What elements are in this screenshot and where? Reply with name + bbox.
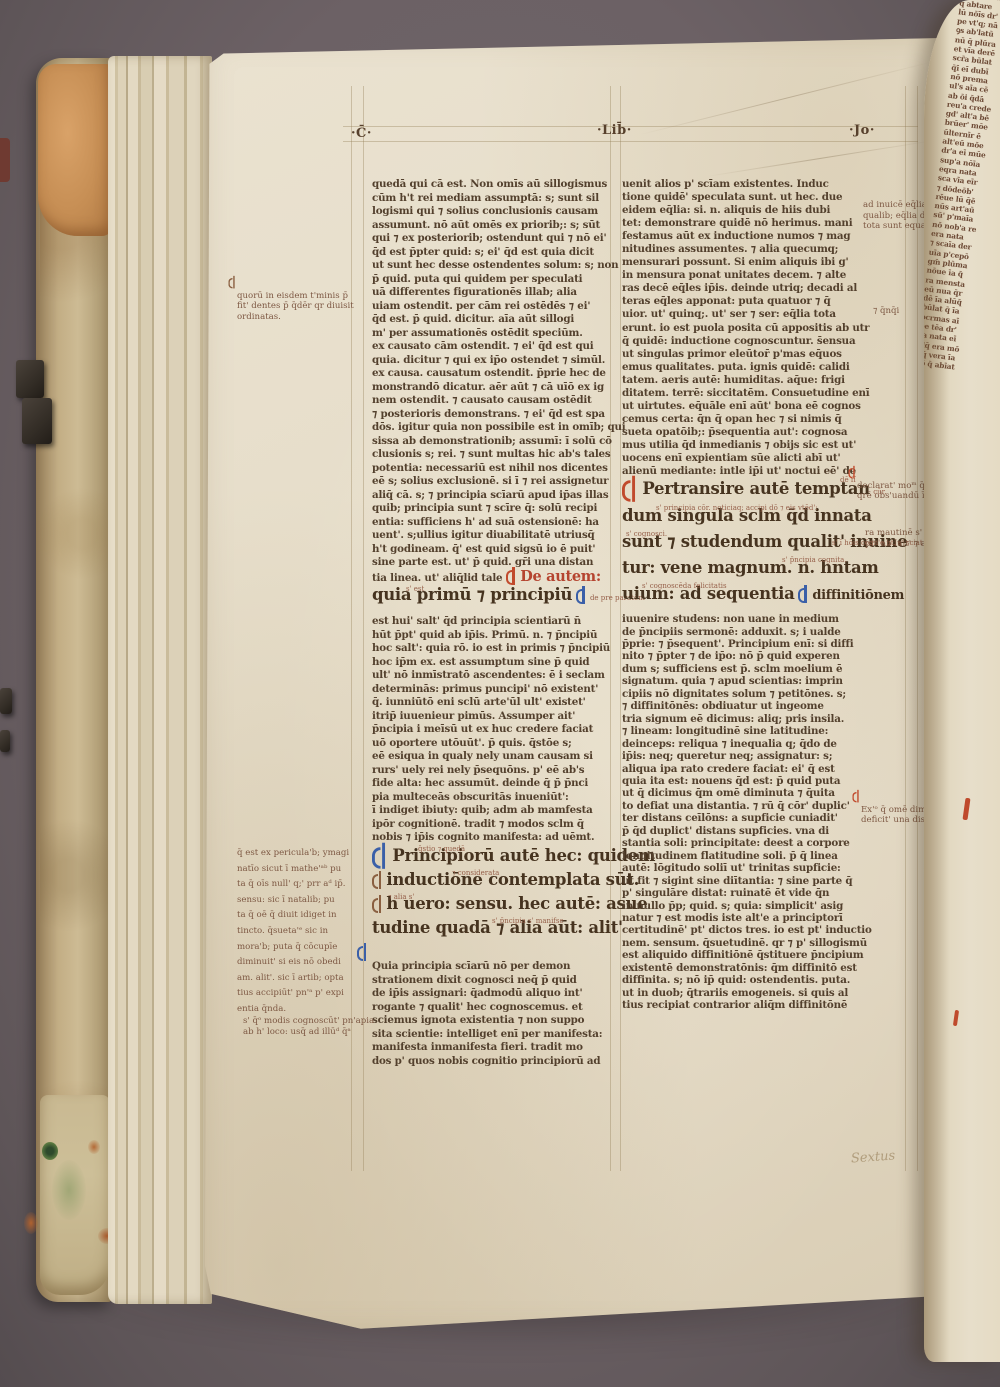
text-line: mus utilia q̄d inmedianis ⁊ obijs sic es…	[622, 439, 916, 452]
red-paraph-icon	[852, 792, 858, 801]
text-line: q̄ est ex pericula'b; ymagi	[237, 846, 349, 862]
green-stain	[42, 1142, 58, 1160]
text-line: natīo sicut ī mathe'ᵃᵇ pu	[237, 862, 349, 878]
text-line: rogante ⁊ qualit' hec cognoscemus. et	[372, 1001, 650, 1015]
interlinear-gloss: q̄stio ⁊ quedā	[418, 843, 465, 857]
text-line: q̄d est. p̄ quid. dicitur. aīa aūt sillo…	[372, 313, 650, 327]
text-line: mora'b; puta q̄ cōcupīe	[237, 940, 349, 956]
text-line: certitudinē' pt' dictos tres. io est pt'…	[622, 924, 916, 936]
text-line: ta q̄ oīs null' q;' prr aᵈ ip̄.	[237, 877, 349, 893]
text-line: rurs' uely rei nely p̄sequōns. p' eē ab'…	[372, 764, 650, 778]
margin-note-left-top: quorū in eisdem t'minis p̄fit' dentes p̄…	[237, 276, 354, 322]
text-line: signatum. quia ⁊ apud scientias: imprin	[622, 675, 916, 687]
text-line: uō oportere utōuūt'. p̄ quis. q̄stōe s;	[372, 737, 650, 751]
binding-notch	[0, 138, 10, 182]
red-paraph-icon	[506, 570, 515, 583]
ruling-line	[343, 141, 918, 142]
text-line: ut fit ⁊ sigint sine diītantia: ⁊ sine p…	[622, 875, 916, 887]
display-text: quia primū ⁊ principiū	[372, 585, 572, 604]
text-line: tius accipiūt' pn'ᵃ p' expi	[237, 986, 349, 1002]
faint-inscription: Sextus	[851, 1148, 896, 1166]
text-line: sita scientie: intelliget enī per manife…	[372, 1028, 650, 1042]
left-col-part3: Quia principia scīarū nō per demonstrati…	[372, 945, 650, 1069]
text-line: logismi qui ⁊ solius conclusionis causam	[372, 205, 650, 219]
text-line: ut in duob; q̄trariis emogeneis. si quis…	[622, 987, 916, 999]
metal-clasp-icon	[0, 730, 10, 752]
text-line: iuuenire studens: non uane in medium	[622, 613, 916, 625]
text-line: teras eq̄les apponat: puta quatuor ⁊ q̄	[622, 295, 916, 308]
left-col-part1: quedā qui cā est. Non omīs aū sillogismu…	[372, 178, 650, 570]
text-line: quib; principia sunt ⁊ scīre q̄: solū re…	[372, 502, 650, 516]
interlinear-gloss: s' est	[406, 583, 424, 597]
text-line: manifesta inmanifesta fieri. tradit mo	[372, 1041, 650, 1055]
red-paraph-icon	[848, 468, 854, 477]
display-text: diffinitiōnem	[812, 588, 904, 603]
text-line: quia. dicitur ⁊ qui ex ip̄o ostendet ⁊ s…	[372, 354, 650, 368]
text-line: quorū in eisdem t'minis p̄	[237, 291, 354, 302]
blue-paraph-icon	[576, 589, 585, 602]
text-line: uent'. s;ullius igitur diuabilitatē utri…	[372, 529, 650, 543]
text-line: tincto. q̄sueta'ᵉ sic in	[237, 924, 349, 940]
text-line: itrip̄ iuuenieur pimūs. Assumper ait'	[372, 710, 650, 724]
page-curl-shading	[924, 0, 950, 1362]
red-initial-mark	[953, 1010, 959, 1026]
text-line: cemus certa: q̄n q̄ opan hec ⁊ si nimis …	[622, 413, 916, 426]
green-smear-stain	[52, 1160, 86, 1220]
display-text: Pertransire autē temptan	[642, 479, 869, 498]
interlinear-gloss: s' cognoscēda felicitatis	[642, 580, 727, 593]
text-line: monstrandō dicatur. aēr aūt ⁊ cā uīō ex …	[372, 381, 650, 395]
text-line: deinceps: reliqua ⁊ inequalia q; q̄do de	[622, 738, 916, 750]
text-line: existentē demonstratōnis: q̄m diffinitō …	[622, 962, 916, 974]
text-line: nitudines assumentes. ⁊ alia quecumq;	[622, 243, 916, 256]
flourish-paraph-icon	[228, 278, 234, 287]
text-line: ⁊ posterioris demonstrans. ⁊ ei' q̄d est…	[372, 408, 650, 422]
interlinear-gloss: s' principia cōr. noticiaq; accipi dō ⁊ …	[656, 502, 818, 515]
text-line: ip̄is: neq; queretur neq; assignatur: s;	[622, 750, 916, 762]
text-line: dōs. igitur quia non possibile est in om…	[372, 421, 650, 435]
text-line: q̄. iunniūtō eni sclū arte'ūl ult' exist…	[372, 696, 650, 710]
text-line: uā differentes figurationēs illab; alia	[372, 286, 650, 300]
blue-paraph-icon	[372, 847, 385, 866]
header-letter-c: ·C̄·	[351, 126, 372, 141]
ruling-line	[363, 86, 364, 1171]
ruling-line	[351, 86, 352, 1171]
text-line: uior. ut' quinq;. ut' ser ⁊ ser: eq̄lia …	[622, 308, 916, 321]
text-line: emus qualitates. puta. ignis quidē: cali…	[622, 361, 916, 374]
interlinear-gloss: s' cognosci.	[626, 528, 667, 541]
text-line: sensu: sic ī natalib; pu	[237, 893, 349, 909]
text-line: hoc salt': quia rō. io est in primis ⁊ p…	[372, 642, 650, 656]
text-line: ras decē eq̄les ip̄is. deinde utriq; dec…	[622, 282, 916, 295]
text-line: in mensura ponat unitates decem. ⁊ alte	[622, 269, 916, 282]
text-line: mensurari possunt. Si enim aliquis ibi g…	[622, 256, 916, 269]
text-line: quedā qui cā est. Non omīs aū sillogismu…	[372, 178, 650, 192]
text-line: tius recipiat contrarior aliq̄m diffinit…	[622, 999, 916, 1011]
text-line: clusionis s; rei. ⁊ sunt multas hic ab's…	[372, 448, 650, 462]
folio-number: ·Jo·	[849, 123, 875, 138]
photo-backdrop: ·C̄· ·Lib̄· ·Jo· quedā qui cā est. Non o…	[0, 0, 1000, 1387]
display-line: s' est quia primū ⁊ principiū de pre par…	[372, 588, 650, 615]
text-line: in nullo p̄p; quid. s; quia: simplicit' …	[622, 900, 916, 912]
metal-clasp-icon	[16, 360, 44, 398]
text-line: p̄ quid. puta qui quidem per speculati	[372, 273, 650, 287]
display-text: h uero: sensu. hec autē: asue	[386, 894, 647, 913]
text-line: autē: lōgitudo soliī ut' trinitas supfic…	[622, 862, 916, 874]
text-line: ult' nō inmīstratō ascendentes: ē i secl…	[372, 669, 650, 683]
flourish-paraph-icon	[372, 898, 381, 911]
blue-paraph-icon	[357, 946, 366, 959]
text-line: pia multeceās obscuritās inueniūt':	[372, 791, 650, 805]
interlinear-gloss: ⁊ considerata	[452, 867, 499, 881]
text-line: tia linea. ut' aliq̄lid tale	[372, 572, 502, 584]
next-page-edge: tūm' alūerme rp'ui taq̄ abtarelū nōīs dr…	[924, 0, 1000, 1362]
vellum-crease	[639, 62, 930, 136]
flourish-paraph-icon	[372, 874, 381, 887]
text-line: ut uirtutes. eq̄uāle enī aūt' bona eē co…	[622, 400, 916, 413]
text-line: strationem dixit cognosci neq̄ p̄ quid	[372, 974, 650, 988]
margin-note-left-bottom: s' q̄ᵒ modis cognoscūt' pn'apiaab h' loc…	[243, 1016, 374, 1037]
text-line: aliq̄ cā. s; ⁊ principia scīarū apud ip̄…	[372, 489, 650, 503]
red-paraph-icon	[622, 480, 635, 499]
margin-note-right-small: ⁊ q̄nq̄i	[873, 306, 899, 317]
text-line: potentia: necessariū est nihil nos dicen…	[372, 462, 650, 476]
text-line: uocens enī expientiam sūe alicti abī ut'	[622, 452, 916, 465]
text-line: sissa ab demonstrationib; assumī: ī solū…	[372, 435, 650, 449]
text-line: ut singulas primor eleūtor̄ p'mas eq̄uos	[622, 348, 916, 361]
text-line: nem ostendit. ⁊ causato causam ostēdit	[372, 394, 650, 408]
text-line: fit' dentes p̄ q̄dēr qr diuisit	[237, 301, 354, 312]
text-line: q̄d est p̄pter quid: s; ei' q̄d est quia…	[372, 246, 650, 260]
text-line: de p̄ncipiis sermonē: adduxit. s; i uald…	[622, 626, 916, 638]
text-line: entia: sufficiens h' ad suā ostensionē: …	[372, 516, 650, 530]
text-line: nem. sensum. q̄suetudinē. qr ⁊ p' sillog…	[622, 937, 916, 949]
page-edge-stack	[108, 56, 212, 1304]
text-line: longitudinem flatitudine soli. p̄ q̄ lin…	[622, 850, 916, 862]
text-line: uiam ostendit. per cām rei ostēdēs ⁊ ei'	[372, 300, 650, 314]
text-line: ditatem. terrē: siccitatēm. Consuetudine…	[622, 387, 916, 400]
text-line: diffinita. s; nō ip̄ quid: ostendentis. …	[622, 974, 916, 986]
text-line: sine parte est. ut' p̄ quid. gr̄i una di…	[372, 556, 650, 570]
text-line: ab h' loco: usq̄ ad illūᵈ q̄ᵃ	[243, 1027, 374, 1038]
text-line: sueta opatōib;: p̄sequentia aut': cognos…	[622, 426, 916, 439]
text-line: Quia principia scīarū nō per demon	[372, 960, 650, 974]
text-line: p̄prie: ⁊ p̄sequent'. Principium enī: si…	[622, 638, 916, 650]
text-line: cūm h't rei mediam assumptā: s; sunt sil	[372, 192, 650, 206]
text-line: ⁊ diffinitōnēs: obdiuatur ut ingeome	[622, 700, 916, 712]
text-line: dum s; sufficiens est p̄. sclm moelium ē	[622, 663, 916, 675]
text-line: ex causa. causatum ostendit. p̄prie hec …	[372, 367, 650, 381]
text-line: eē esiqua in qualy nely unam causam si	[372, 750, 650, 764]
text-line: uenit alios p' scīam existentes. Induc	[622, 178, 916, 191]
rust-stain	[24, 1212, 38, 1234]
text-line: sciemus ignota existentia ⁊ non suppo	[372, 1014, 650, 1028]
text-line: qui ⁊ ex posteriorib; ostendunt qui ⁊ nō…	[372, 232, 650, 246]
text-line: determinās: primus puncipi' nō existent'	[372, 683, 650, 697]
text-line: nito ⁊ p̄pter ⁊ de ip̄o: nō p̄ quid expe…	[622, 650, 916, 662]
text-line: fide alta: hec assumūt. deinde q̄ p̄ p̄n…	[372, 777, 650, 791]
text-line: stantia soli: principitate: deest a corp…	[622, 837, 916, 849]
red-initial-mark	[962, 798, 970, 820]
text-line: de ip̄is assignari: q̄admodū aliquo int'	[372, 987, 650, 1001]
margin-note-left-mid: q̄ est ex pericula'b; ymaginatīo sicut ī…	[237, 846, 349, 1018]
interlinear-gloss: ⁊ alia s'	[388, 891, 414, 905]
text-line: ⁊ lineam: longitudinē sine latitudine:	[622, 725, 916, 737]
text-line: h't godineam. q̄' est quid sigsū io ē pu…	[372, 543, 650, 557]
text-line: ut sunt hec desse ostendentes solum: s; …	[372, 259, 650, 273]
text-line: ī indiget ibiuty: quib; adm ab mamfesta	[372, 804, 650, 818]
text-line: am. alit'. sic ī artib; opta	[237, 971, 349, 987]
header-book-label: ·Lib̄·	[597, 123, 632, 138]
text-line: erunt. io est puola posita cū appositis …	[622, 322, 916, 335]
text-line: p' singulāre distat: ruinatē ēt vide q̄n	[622, 887, 916, 899]
text-line: festamus aūt ex inductione numos ⁊ mag	[622, 230, 916, 243]
display-line: s' p̄ncipia s' manifse tudine quadā ⁊ al…	[372, 921, 650, 945]
text-line: ta q̄ oē q̄ diuit idiget in	[237, 908, 349, 924]
display-heading: s' cognoscēda felicitatis uium: ad seque…	[622, 587, 916, 613]
text-line: ipōr cognitionē. tradit ⁊ modos sclm q̄	[372, 818, 650, 832]
text-column-right: uenit alios p' scīam existentes. Inducti…	[622, 178, 916, 1012]
text-line: dos p' quos nobis cognitio principiorū a…	[372, 1055, 650, 1069]
interlinear-gloss: s' p̄ncipia cognita.	[782, 554, 847, 567]
text-line: est aliquido diffinitiōnē q̄stituere p̄n…	[622, 949, 916, 961]
left-col-part2: est hui' salt' q̄d principia scientiarū …	[372, 615, 650, 845]
metal-clasp-icon	[0, 688, 12, 714]
rubric-text: De autem:	[520, 568, 601, 585]
text-line: tria signum eē dicimus: aliq; pris insil…	[622, 713, 916, 725]
text-line: assumunt. nō aūt omēs ex priorib;: s; sū…	[372, 219, 650, 233]
text-line: est hui' salt' q̄d principia scientiarū …	[372, 615, 650, 629]
text-line: hoc ip̄m ex. est assumptum sine p̄ quid	[372, 656, 650, 670]
metal-clasp-icon	[22, 398, 52, 444]
text-line: eē s; solius exclusionē. si ī ⁊ rei assi…	[372, 475, 650, 489]
text-line: s' q̄ᵒ modis cognoscūt' pn'apia	[243, 1016, 374, 1027]
text-line: aliqua ipa rato credere faciat: ei' q̄ e…	[622, 763, 916, 775]
ruling-line	[917, 86, 918, 1171]
display-text: inductiōne contemplata sūt.	[386, 870, 639, 889]
blue-paraph-icon	[798, 588, 807, 601]
text-line: q̄ quidē: inductione cognoscuntur. s̄ens…	[622, 335, 916, 348]
text-line: natur ⁊ est modis iste alt'e a principto…	[622, 912, 916, 924]
text-line: tatem. aeris autē: humiditas. aq̄ue: fri…	[622, 374, 916, 387]
text-line: ex causato cām ostendit. ⁊ ei' q̄d est q…	[372, 340, 650, 354]
text-line: p̄ q̄d duplict' distans supficies. vna d…	[622, 825, 916, 837]
text-line: hūt p̄pt' quid ab ip̄is. Primū. n. ⁊ p̄n…	[372, 629, 650, 643]
text-line: p̄ncipia i meīsū ut ex huc credere facia…	[372, 723, 650, 737]
vellum-crease	[706, 140, 933, 177]
text-line: m' per assumationēs ostēdit speciūm.	[372, 327, 650, 341]
rust-stain	[88, 1140, 100, 1154]
text-line: ordinatas.	[237, 312, 354, 323]
leather-corner-top	[38, 64, 112, 236]
text-line: cipiis nō dignitates solum ⁊ petitōnes. …	[622, 688, 916, 700]
text-line: quia ita est: nouens q̄d est: p̄ quid pu…	[622, 775, 916, 787]
text-line: diminuit' si eis nō obedi	[237, 955, 349, 971]
interlinear-gloss: s' p̄ncipia s' manifse	[492, 915, 564, 929]
text-column-left: quedā qui cā est. Non omīs aū sillogismu…	[372, 178, 650, 1068]
manuscript-page: ·C̄· ·Lib̄· ·Jo· quedā qui cā est. Non o…	[205, 38, 947, 1330]
text-line: nobis ⁊ ip̄is cognito manifesta: ad uēmt…	[372, 831, 650, 845]
